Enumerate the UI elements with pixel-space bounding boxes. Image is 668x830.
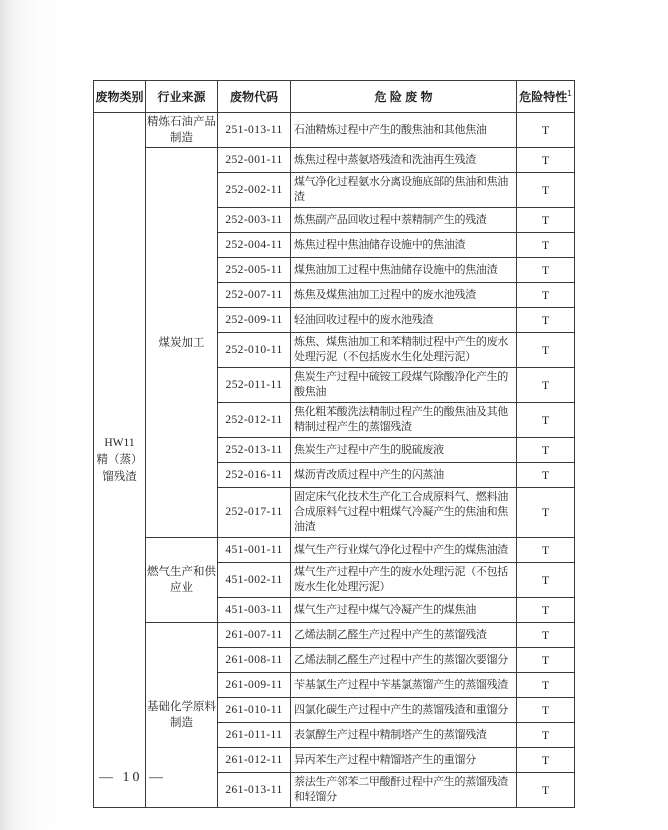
waste-description-cell: 乙烯法制乙醛生产过程中产生的蒸馏次要馏分 bbox=[291, 648, 517, 673]
table-header: 废物类别 行业来源 废物代码 危 险 废 物 危险特性1 bbox=[94, 81, 575, 113]
hazard-property-cell: T bbox=[517, 723, 575, 748]
header-hazard-property: 危险特性1 bbox=[517, 81, 575, 113]
header-row: 废物类别 行业来源 废物代码 危 险 废 物 危险特性1 bbox=[94, 81, 575, 113]
table-row: 基础化学原料制造 261-007-11 乙烯法制乙醛生产过程中产生的蒸馏残渣 T bbox=[94, 623, 575, 648]
category-line: 精（蒸） bbox=[95, 452, 144, 469]
waste-code-cell: 261-009-11 bbox=[218, 673, 291, 698]
waste-description-cell: 炼焦及煤焦油加工过程中的废水池残渣 bbox=[291, 283, 517, 308]
waste-code-cell: 252-007-11 bbox=[218, 283, 291, 308]
hazardous-waste-table: 废物类别 行业来源 废物代码 危 险 废 物 危险特性1 HW11 精（蒸） 馏… bbox=[93, 80, 575, 808]
hazard-property-cell: T bbox=[517, 283, 575, 308]
waste-description-cell: 焦化粗苯酸洗法精制过程产生的酸焦油及其他精制过程产生的蒸馏残渣 bbox=[291, 403, 517, 438]
header-footnote-mark: 1 bbox=[567, 89, 571, 98]
header-waste-code: 废物代码 bbox=[218, 81, 291, 113]
waste-code-cell: 252-010-11 bbox=[218, 333, 291, 368]
hazard-property-cell: T bbox=[517, 403, 575, 438]
page-number: — 10 — bbox=[99, 770, 166, 786]
hazard-property-cell: T bbox=[517, 698, 575, 723]
waste-code-cell: 252-004-11 bbox=[218, 233, 291, 258]
waste-description-cell: 炼焦、煤焦油加工和苯精制过程中产生的废水处理污泥（不包括废水生化处理污泥） bbox=[291, 333, 517, 368]
waste-description-cell: 乙烯法制乙醛生产过程中产生的蒸馏残渣 bbox=[291, 623, 517, 648]
waste-description-cell: 煤沥青改质过程中产生的闪蒸油 bbox=[291, 463, 517, 488]
header-hazard-property-label: 危险特性 bbox=[519, 90, 567, 104]
table-body: HW11 精（蒸） 馏残渣 精炼石油产品制造 251-013-11 石油精炼过程… bbox=[94, 113, 575, 808]
industry-cell: 燃气生产和供应业 bbox=[146, 538, 218, 623]
hazard-property-cell: T bbox=[517, 208, 575, 233]
hazard-property-cell: T bbox=[517, 333, 575, 368]
header-waste-category: 废物类别 bbox=[94, 81, 146, 113]
hazard-property-cell: T bbox=[517, 258, 575, 283]
hazard-property-cell: T bbox=[517, 438, 575, 463]
waste-description-cell: 煤气生产过程中煤气冷凝产生的煤焦油 bbox=[291, 598, 517, 623]
waste-code-cell: 252-012-11 bbox=[218, 403, 291, 438]
hazard-property-cell: T bbox=[517, 148, 575, 173]
header-industry-source: 行业来源 bbox=[146, 81, 218, 113]
industry-cell: 煤炭加工 bbox=[146, 148, 218, 538]
waste-code-cell: 451-001-11 bbox=[218, 538, 291, 563]
waste-description-cell: 轻油回收过程中的废水池残渣 bbox=[291, 308, 517, 333]
hazard-property-cell: T bbox=[517, 748, 575, 773]
scanned-document-page: 废物类别 行业来源 废物代码 危 险 废 物 危险特性1 HW11 精（蒸） 馏… bbox=[0, 0, 668, 830]
waste-code-cell: 252-001-11 bbox=[218, 148, 291, 173]
waste-description-cell: 焦炭生产过程中硫铵工段煤气除酸净化产生的酸焦油 bbox=[291, 368, 517, 403]
waste-description-cell: 石油精炼过程中产生的酸焦油和其他焦油 bbox=[291, 113, 517, 148]
table-row: HW11 精（蒸） 馏残渣 精炼石油产品制造 251-013-11 石油精炼过程… bbox=[94, 113, 575, 148]
waste-code-cell: 252-017-11 bbox=[218, 488, 291, 538]
hazard-property-cell: T bbox=[517, 773, 575, 808]
waste-description-cell: 焦炭生产过程中产生的脱硫废液 bbox=[291, 438, 517, 463]
waste-code-cell: 252-009-11 bbox=[218, 308, 291, 333]
waste-description-cell: 固定床气化技术生产化工合成原料气、燃料油合成原料气过程中粗煤气冷凝产生的焦油和焦… bbox=[291, 488, 517, 538]
hazard-property-cell: T bbox=[517, 368, 575, 403]
waste-code-cell: 252-003-11 bbox=[218, 208, 291, 233]
hazard-property-cell: T bbox=[517, 233, 575, 258]
hazard-property-cell: T bbox=[517, 538, 575, 563]
waste-description-cell: 炼焦过程中焦油储存设施中的焦油渣 bbox=[291, 233, 517, 258]
hazard-property-cell: T bbox=[517, 113, 575, 148]
hazard-property-cell: T bbox=[517, 598, 575, 623]
waste-description-cell: 炼焦副产品回收过程中萘精制产生的残渣 bbox=[291, 208, 517, 233]
waste-code-cell: 261-012-11 bbox=[218, 748, 291, 773]
waste-code-cell: 261-007-11 bbox=[218, 623, 291, 648]
waste-category-cell: HW11 精（蒸） 馏残渣 bbox=[94, 113, 146, 808]
table-row: 煤炭加工 252-001-11 炼焦过程中蒸氨塔残渣和洗油再生残渣 T bbox=[94, 148, 575, 173]
waste-description-cell: 异丙苯生产过程中精馏塔产生的重馏分 bbox=[291, 748, 517, 773]
waste-description-cell: 炼焦过程中蒸氨塔残渣和洗油再生残渣 bbox=[291, 148, 517, 173]
hazard-property-cell: T bbox=[517, 173, 575, 208]
waste-description-cell: 煤焦油加工过程中焦油储存设施中的焦油渣 bbox=[291, 258, 517, 283]
waste-description-cell: 煤气生产过程中产生的废水处理污泥（不包括废水生化处理污泥） bbox=[291, 563, 517, 598]
hazard-property-cell: T bbox=[517, 488, 575, 538]
hazard-property-cell: T bbox=[517, 563, 575, 598]
waste-code-cell: 451-002-11 bbox=[218, 563, 291, 598]
waste-code-cell: 261-013-11 bbox=[218, 773, 291, 808]
waste-description-cell: 四氯化碳生产过程中产生的蒸馏残渣和重馏分 bbox=[291, 698, 517, 723]
hazard-property-cell: T bbox=[517, 463, 575, 488]
category-line: HW11 bbox=[95, 435, 144, 452]
waste-code-cell: 252-016-11 bbox=[218, 463, 291, 488]
waste-code-cell: 261-010-11 bbox=[218, 698, 291, 723]
waste-description-cell: 煤气生产行业煤气净化过程中产生的煤焦油渣 bbox=[291, 538, 517, 563]
hazard-property-cell: T bbox=[517, 648, 575, 673]
waste-description-cell: 煤气净化过程氨水分离设施底部的焦油和焦油渣 bbox=[291, 173, 517, 208]
waste-code-cell: 252-005-11 bbox=[218, 258, 291, 283]
waste-description-cell: 萘法生产邻苯二甲酸酐过程中产生的蒸馏残渣和轻馏分 bbox=[291, 773, 517, 808]
waste-description-cell: 表氯醇生产过程中精制塔产生的蒸馏残渣 bbox=[291, 723, 517, 748]
waste-code-cell: 451-003-11 bbox=[218, 598, 291, 623]
header-hazardous-waste: 危 险 废 物 bbox=[291, 81, 517, 113]
hazard-property-cell: T bbox=[517, 623, 575, 648]
hazard-property-cell: T bbox=[517, 308, 575, 333]
waste-code-cell: 261-011-11 bbox=[218, 723, 291, 748]
waste-code-cell: 252-002-11 bbox=[218, 173, 291, 208]
waste-code-cell: 252-013-11 bbox=[218, 438, 291, 463]
waste-code-cell: 251-013-11 bbox=[218, 113, 291, 148]
waste-code-cell: 261-008-11 bbox=[218, 648, 291, 673]
waste-code-cell: 252-011-11 bbox=[218, 368, 291, 403]
industry-cell: 精炼石油产品制造 bbox=[146, 113, 218, 148]
table-row: 燃气生产和供应业 451-001-11 煤气生产行业煤气净化过程中产生的煤焦油渣… bbox=[94, 538, 575, 563]
hazard-property-cell: T bbox=[517, 673, 575, 698]
category-line: 馏残渣 bbox=[95, 469, 144, 486]
waste-description-cell: 苄基氯生产过程中苄基氯蒸馏产生的蒸馏残渣 bbox=[291, 673, 517, 698]
